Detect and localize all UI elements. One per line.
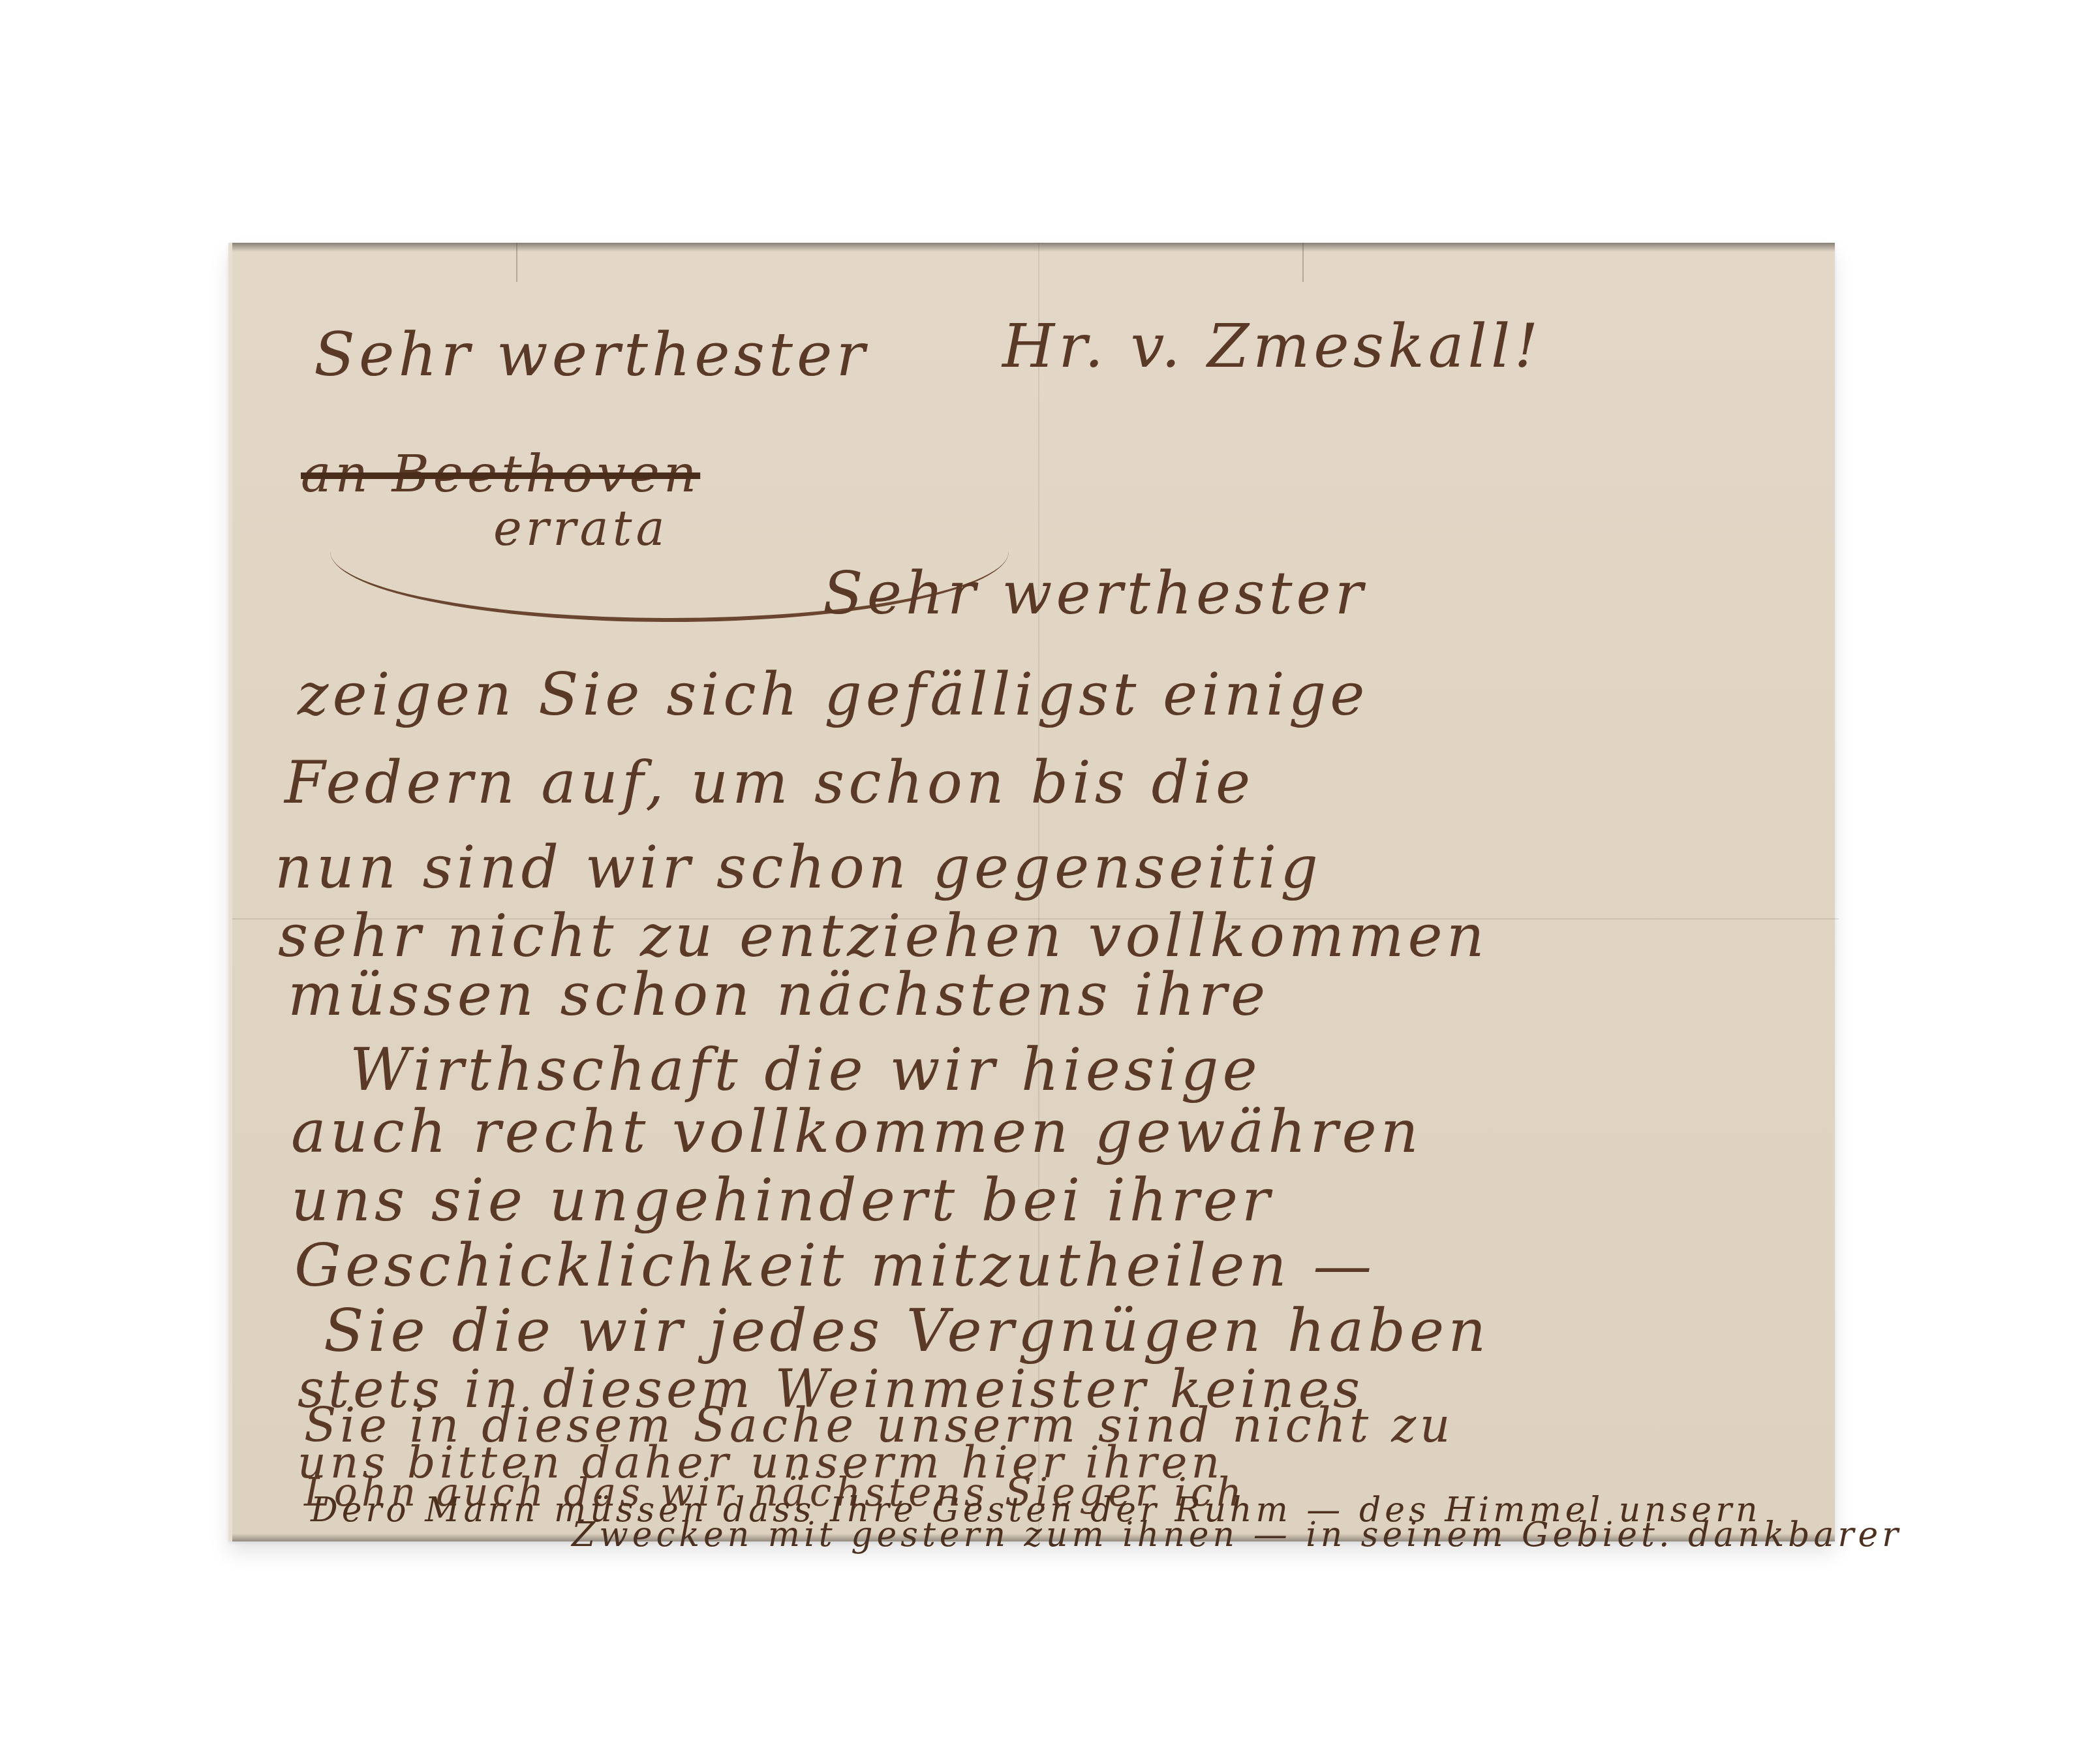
letter-line: Sehr werthester	[823, 559, 1367, 628]
footer-line: Zwecken mit gestern zum ihnen — in seine…	[572, 1515, 1902, 1555]
letter-line: Federn auf, um schon bis die	[284, 749, 1254, 817]
salutation-right: Hr. v. Zmeskall!	[1002, 311, 1542, 381]
salutation-left: Sehr werthester	[314, 320, 868, 390]
letter-line: auch recht vollkommen gewähren	[291, 1098, 1422, 1166]
letter-paper: Sehr werthester Hr. v. Zmeskall! an Beet…	[228, 243, 1835, 1541]
letter-line: zeigen Sie sich gefälligst einige	[298, 660, 1369, 729]
letter-line: uns sie ungehindert bei ihrer	[291, 1166, 1274, 1235]
paper-fold-mark	[516, 243, 517, 282]
letter-line: Geschicklichkeit mitzutheilen —	[294, 1231, 1375, 1300]
letter-line: nun sind wir schon gegenseitig	[275, 833, 1322, 902]
letter-line: Wirthschaft die wir hiesige	[350, 1036, 1261, 1104]
letter-line: müssen schon nächstens ihre	[288, 961, 1269, 1029]
paper-fold-mark	[1302, 243, 1304, 282]
letter-line: Sie die wir jedes Vergnügen haben	[324, 1297, 1490, 1365]
